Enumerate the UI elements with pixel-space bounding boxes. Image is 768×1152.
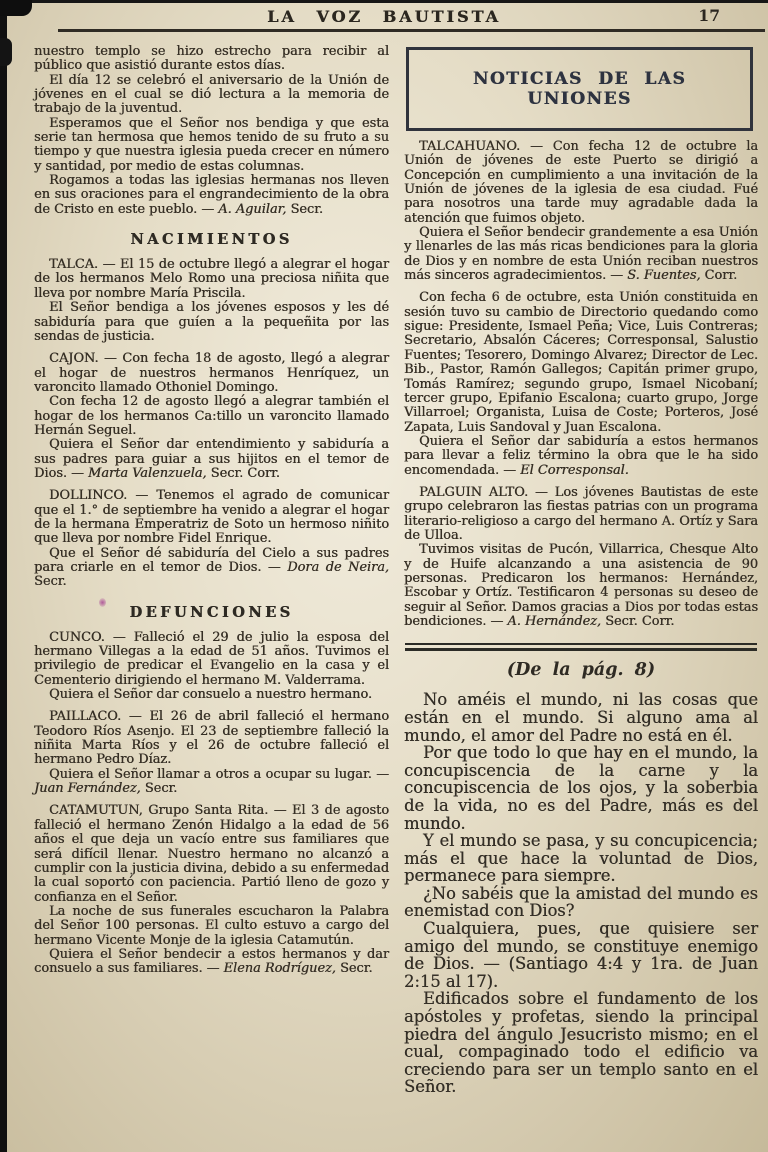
entry-paragraph: Quiera el Señor dar consuelo a nuestro h… — [34, 688, 389, 702]
scan-edge-left — [0, 0, 7, 1152]
entry-paragraph: La noche de sus funerales escucharon la … — [34, 905, 389, 948]
entry-paragraph: Quiera el Señor dar entendimiento y sabi… — [34, 438, 389, 481]
magazine-title: LA VOZ BAUTISTA — [267, 7, 501, 26]
section-heading-defunciones: DEFUNCIONES — [34, 604, 389, 621]
scan-edge-blob — [0, 38, 12, 66]
scripture-paragraph: Cualquiera, pues, que quisiere ser amigo… — [404, 920, 758, 990]
intro-paragraph: nuestro templo se hizo estrecho para rec… — [34, 45, 389, 74]
entry-paragraph-catamutun: CATAMUTUN, Grupo Santa Rita. — El 3 de a… — [34, 804, 389, 904]
scripture-paragraph: Y el mundo se pasa, y su concupicencia; … — [404, 832, 758, 885]
entry-paragraph-cunco: CUNCO. — Falleció el 29 de julio la espo… — [34, 631, 389, 688]
scripture-paragraph: ¿No sabéis que la amistad del mundo es e… — [404, 885, 758, 920]
signature: El Corresponsal. — [520, 463, 629, 478]
right-column: NOTICIAS DE LAS UNIONES TALCAHUANO. — Co… — [404, 45, 758, 1096]
continuation-heading: (De la pág. 8) — [404, 660, 758, 680]
left-column: nuestro templo se hizo estrecho para rec… — [34, 45, 389, 1096]
entry-paragraph: Tuvimos visitas de Pucón, Villarrica, Ch… — [404, 543, 758, 629]
entry-paragraph: Quiera el Señor dar sabiduría a estos he… — [404, 435, 758, 478]
two-column-body: nuestro templo se hizo estrecho para rec… — [0, 32, 768, 1096]
entry-paragraph-cajon: CAJON. — Con fecha 18 de agosto, llegó a… — [34, 352, 389, 395]
entry-paragraph-talca: TALCA. — El 15 de octubre llegó a alegra… — [34, 258, 389, 301]
section-divider-rule — [405, 643, 757, 651]
noticias-title-box: NOTICIAS DE LAS UNIONES — [406, 47, 753, 131]
signature: A. Hernández, — [507, 614, 601, 629]
signature: Juan Fernández, — [34, 781, 141, 796]
intro-paragraph: El día 12 se celebró el aniversario de l… — [34, 74, 389, 117]
signature: S. Fuentes, — [627, 268, 700, 283]
entry-paragraph: Que el Señor dé sabiduría del Cielo a su… — [34, 547, 389, 590]
scanned-magazine-page: LA VOZ BAUTISTA 17 nuestro templo se hiz… — [0, 0, 768, 1152]
entry-paragraph-directorio: Con fecha 6 de octubre, esta Unión const… — [404, 291, 758, 434]
page-number: 17 — [698, 6, 720, 25]
entry-paragraph-talcahuano: TALCAHUANO. — Con fecha 12 de octubre la… — [404, 140, 758, 226]
page-header: LA VOZ BAUTISTA 17 — [0, 0, 768, 25]
entry-paragraph: Quiera el Señor llamar a otros a ocupar … — [34, 768, 389, 797]
scripture-paragraph: No améis el mundo, ni las cosas que está… — [404, 691, 758, 744]
ink-speck — [99, 598, 106, 607]
noticias-title: NOTICIAS DE LAS UNIONES — [473, 69, 686, 109]
entry-paragraph: Quiera el Señor bendecir grandemente a e… — [404, 226, 758, 283]
signature: Elena Rodríguez, — [224, 961, 336, 976]
entry-paragraph-palguin-alto: PALGUIN ALTO. — Los jóvenes Bautistas de… — [404, 486, 758, 543]
intro-paragraph: Esperamos que el Señor nos bendiga y que… — [34, 117, 389, 174]
scripture-paragraph: Por que todo lo que hay en el mundo, la … — [404, 744, 758, 832]
section-heading-nacimientos: NACIMIENTOS — [34, 231, 389, 248]
entry-paragraph-paillaco: PAILLACO. — El 26 de abril falleció el h… — [34, 710, 389, 767]
scripture-paragraph: Edificados sobre el fundamento de los ap… — [404, 990, 758, 1096]
entry-paragraph: Quiera el Señor bendecir a estos hermano… — [34, 948, 389, 977]
intro-paragraph: Rogamos a todas las iglesias hermanas no… — [34, 174, 389, 217]
signature: Dora de Neira, — [287, 560, 389, 575]
signature: Marta Valenzuela, — [88, 466, 207, 481]
signature: A. Aguilar, — [218, 202, 286, 217]
entry-paragraph-dollinco: DOLLINCO. — Tenemos el agrado de comunic… — [34, 489, 389, 546]
entry-paragraph: Con fecha 12 de agosto llegó a alegrar t… — [34, 395, 389, 438]
entry-paragraph: El Señor bendiga a los jóvenes esposos y… — [34, 301, 389, 344]
